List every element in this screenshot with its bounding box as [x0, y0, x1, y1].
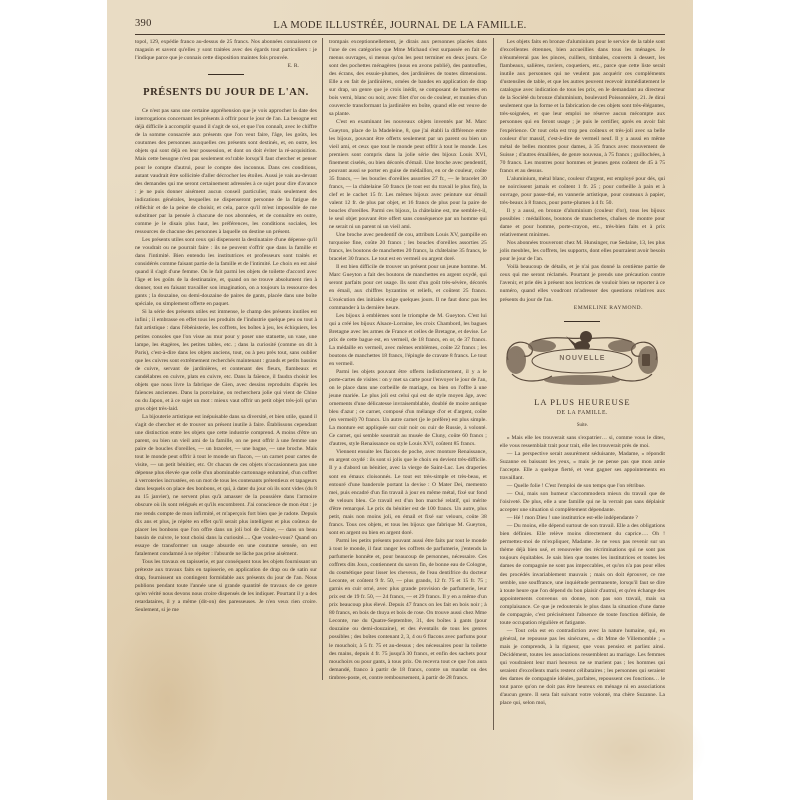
paragraph: Voilà beaucoup de détails, et je n'ai pa… — [500, 263, 665, 303]
paragraph: Les objets faits en bronze d'aluminium p… — [500, 38, 665, 175]
intro-signature: E. R. — [288, 62, 299, 70]
vignette-label: NOUVELLE — [502, 355, 662, 363]
story-paragraph: — Oui, mais son humeur s'accommodera mie… — [500, 490, 665, 514]
intro-paragraph: topol, 129, expédie franco au-dessus de … — [135, 38, 317, 62]
author-signature: EMMELINE RAYMOND. — [500, 304, 665, 312]
paragraph: Si la série des présents utiles est imme… — [135, 308, 317, 413]
separator-rule — [564, 321, 600, 322]
paragraph: Il est bien difficile de trouver un prés… — [329, 263, 487, 311]
article-columns: topol, 129, expédie franco au-dessus de … — [135, 38, 665, 800]
paragraph: Il y a aussi, en bronze d'aluminium (cou… — [500, 207, 665, 239]
header-rule — [135, 34, 665, 35]
column-left: topol, 129, expédie franco au-dessus de … — [135, 38, 322, 730]
column-right: Les objets faits en bronze d'aluminium p… — [493, 38, 665, 730]
paragraph: Ce n'est pas sans une certaine appréhens… — [135, 107, 317, 236]
paragraph: Viennent ensuite les flacons de poche, a… — [329, 448, 487, 537]
nouvelle-vignette: NOUVELLE — [502, 330, 662, 388]
paragraph: Les bijoux à emblèmes sont le triomphe d… — [329, 312, 487, 368]
paragraph: trompais exceptionnellement, je dirais a… — [329, 38, 487, 118]
newspaper-page: 390 LA MODE ILLUSTRÉE, JOURNAL DE LA FAM… — [107, 0, 693, 800]
journal-title: LA MODE ILLUSTRÉE, JOURNAL DE LA FAMILLE… — [273, 20, 526, 31]
paragraph: La bijouterie artistique est inépuisable… — [135, 413, 317, 558]
paragraph: L'aluminium, métal blanc, couleur d'arge… — [500, 175, 665, 207]
separator-rule — [208, 74, 244, 75]
story-paragraph: — Hé ! mon Dieu ! une institutrice est-e… — [500, 514, 665, 522]
story-title: LA PLUS HEUREUSE — [500, 398, 665, 406]
story-subtitle: DE LA FAMILLE. — [500, 409, 665, 417]
story-suite-label: Suite. — [500, 422, 665, 430]
story-paragraph: — La perspective serait assurément sédui… — [500, 450, 665, 482]
story-paragraph: « Mais elle les trouverait sans s'expatr… — [500, 434, 665, 450]
story-paragraph: — Tout cela est en contradiction avec la… — [500, 627, 665, 707]
story-paragraph: — Du moins, elle dépend surtout de son t… — [500, 522, 665, 627]
paragraph: C'est en examinant les nouveaux objets i… — [329, 118, 487, 231]
paragraph: Tous les travaux en tapisserie, et par c… — [135, 558, 317, 614]
paragraph: Nos abonnées trouveront chez M. Hunsinge… — [500, 239, 665, 263]
paragraph: Parmi les objets pouvant être offerts in… — [329, 368, 487, 448]
paragraph: Les présents utiles sont ceux qui dispen… — [135, 236, 317, 308]
column-middle: trompais exceptionnellement, je dirais a… — [322, 38, 493, 680]
paragraph: Parmi les petits présents pouvant aussi … — [329, 537, 487, 680]
running-head: 390 LA MODE ILLUSTRÉE, JOURNAL DE LA FAM… — [135, 18, 665, 32]
page-number: 390 — [135, 18, 152, 29]
section-title: PRÉSENTS DU JOUR DE L'AN. — [135, 89, 317, 97]
paragraph: Une broche avec pendentif de cou, attrib… — [329, 231, 487, 263]
story-paragraph: — Quelle folie ! C'est l'emploi de son t… — [500, 482, 665, 490]
